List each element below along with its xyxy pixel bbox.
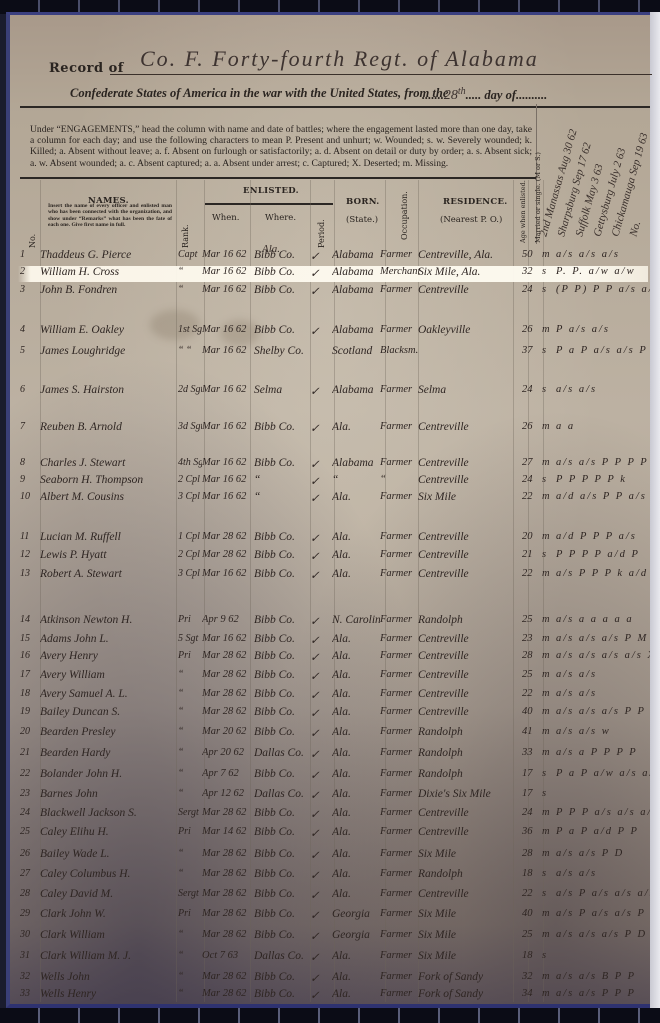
born-state: Georgia [332, 908, 380, 920]
rank: “ [178, 284, 202, 295]
enlisted-when: Mar 28 62 [202, 549, 254, 560]
table-row[interactable]: 28Caley David M.SergtMar 28 62Bibb Co.✓A… [18, 888, 648, 904]
enlisted-period: ✓ [310, 633, 324, 647]
age: 33 [522, 747, 544, 758]
born-state: Ala. [332, 807, 380, 819]
table-row[interactable]: 23Barnes John“Apr 12 62Dallas Co.✓Ala.Fa… [18, 788, 648, 804]
engagement-marks: a/s P a/s a/s a/s a/s [556, 888, 650, 899]
rank: “ [178, 929, 202, 940]
rank: 1st Sgt [178, 324, 202, 335]
enlisted-where: Bibb Co. [254, 826, 310, 838]
residence: Dixie's Six Mile [418, 788, 522, 800]
engagement-marks: a/s a/s P P P P [556, 457, 650, 468]
row-number: 21 [20, 747, 38, 758]
enlisted-period: ✓ [310, 384, 324, 398]
rank: Sergt [178, 888, 202, 899]
residence: Randolph [418, 726, 522, 738]
soldier-name: Caley Columbus H. [40, 868, 190, 880]
row-number: 25 [20, 826, 38, 837]
occupation: Farmer [380, 807, 420, 818]
table-row[interactable]: 19Bailey Duncan S.“Mar 28 62Bibb Co.✓Ala… [18, 706, 648, 722]
rank: “ “ [178, 345, 202, 356]
soldier-name: Atkinson Newton H. [40, 614, 190, 626]
occupation: Farmer [380, 971, 420, 982]
enlisted-when: Mar 16 62 [202, 568, 254, 579]
day-of-label: day of [484, 88, 516, 102]
born-state: Ala. [332, 788, 380, 800]
marital-status: m [542, 324, 556, 335]
engagement-marks: a/s a/s a/s P P P [556, 706, 650, 717]
engagement-marks: a/s a a a a a [556, 614, 650, 625]
enlisted-when: Mar 28 62 [202, 848, 254, 859]
enlisted-where: Bibb Co. [254, 908, 310, 920]
residence: Oakleyville [418, 324, 522, 336]
enlisted-where: “ [254, 474, 310, 486]
engagement-marks: a/s a/s a/s P M [556, 633, 650, 644]
occupation: Farmer [380, 788, 420, 799]
enlisted-when: Mar 16 62 [202, 249, 254, 260]
table-row[interactable]: 7Reuben B. Arnold3d SgtMar 16 62Bibb Co.… [18, 421, 648, 437]
enlisted-when: Mar 16 62 [202, 421, 254, 432]
from-day: 28 [444, 88, 458, 103]
row-number: 29 [20, 908, 38, 919]
engagement-marks: a/d a/s P P a/s a/d [556, 491, 650, 502]
enlisted-period: ✓ [310, 249, 324, 263]
enlisted-period: ✓ [310, 929, 324, 943]
from-day-suffix: th [458, 86, 466, 97]
occupation: Farmer [380, 888, 420, 899]
born-state: Ala. [332, 706, 380, 718]
enlisted-when: Mar 16 62 [202, 491, 254, 502]
rank: “ [178, 688, 202, 699]
age: 17 [522, 788, 544, 799]
rank: “ [178, 266, 202, 277]
table-row[interactable]: 21Bearden Hardy“Apr 20 62Dallas Co.✓Ala.… [18, 747, 648, 763]
table-row[interactable]: 33Wells Henry“Mar 28 62Bibb Co.✓Ala.Farm… [18, 988, 648, 1004]
enlisted-period: ✓ [310, 971, 324, 985]
marital-status: s [542, 284, 556, 295]
enlisted-period: ✓ [310, 568, 324, 582]
col-header-married: Married or single. (M or S.) [534, 152, 542, 243]
age: 18 [522, 950, 544, 961]
engagement-marks: P a P a/s a/s P [556, 345, 650, 356]
enlisted-when: Mar 16 62 [202, 474, 254, 485]
row-number: 32 [20, 971, 38, 982]
scanner-bottom-border [0, 1008, 660, 1023]
residence: Randolph [418, 768, 522, 780]
rank: “ [178, 848, 202, 859]
engagement-marks: a/s a/s a/s a/s X [556, 650, 650, 661]
table-row[interactable]: 6James S. Hairston2d SgtMar 16 62Selma✓A… [18, 384, 648, 400]
marital-status: s [542, 474, 556, 485]
enlisted-when: Mar 20 62 [202, 726, 254, 737]
born-state: Ala. [332, 491, 380, 503]
soldier-name: James Loughridge [40, 345, 190, 357]
soldier-name: Charles J. Stewart [40, 457, 190, 469]
marital-status: m [542, 688, 556, 699]
table-row[interactable]: 13Robert A. Stewart3 CplMar 16 62Bibb Co… [18, 568, 648, 584]
enlisted-where: “ [254, 491, 310, 503]
age: 50 [522, 249, 544, 260]
enlisted-where: Bibb Co. [254, 457, 310, 469]
engagement-marks: a/s a/s a/s [556, 249, 650, 260]
rank: 1 Cpl [178, 531, 202, 542]
occupation: Farmer [380, 669, 420, 680]
soldier-name: Wells John [40, 971, 190, 983]
marital-status: m [542, 614, 556, 625]
table-row[interactable]: 20Bearden Presley“Mar 20 62Bibb Co.✓Ala.… [18, 726, 648, 742]
engagement-heading: No. [627, 220, 643, 238]
age: 22 [522, 568, 544, 579]
enlisted-period: ✓ [310, 474, 324, 488]
enlisted-when: Mar 16 62 [202, 345, 254, 356]
engagement-marks: P P P P P k [556, 474, 650, 485]
enlisted-when: Mar 16 62 [202, 324, 254, 335]
table-row[interactable]: 26Bailey Wade L.“Mar 28 62Bibb Co.✓Ala.F… [18, 848, 648, 864]
row-number: 12 [20, 549, 38, 560]
occupation: Farmer [380, 688, 420, 699]
occupation: Farmer [380, 650, 420, 661]
table-row[interactable]: 12Lewis P. Hyatt2 CplMar 28 62Bibb Co.✓A… [18, 549, 648, 565]
enlisted-period: ✓ [310, 457, 324, 471]
enlisted-where: Bibb Co. [254, 549, 310, 561]
row-number: 20 [20, 726, 38, 737]
born-state: Ala. [332, 421, 380, 433]
col-header-age: Age when enlisted. [519, 180, 527, 243]
born-state: Ala. [332, 568, 380, 580]
row-number: 3 [20, 284, 38, 295]
residence: Centreville [418, 826, 522, 838]
row-number: 4 [20, 324, 38, 335]
rank: Pri [178, 908, 202, 919]
engagement-marks: P a P a/w a/s a/w [556, 768, 650, 779]
engagement-marks: a/s a/s P D [556, 848, 650, 859]
row-number: 8 [20, 457, 38, 468]
enlisted-where: Dallas Co. [254, 747, 310, 759]
age: 32 [522, 266, 544, 277]
engagement-marks: a/s a P P P P [556, 747, 650, 758]
occupation: Farmer [380, 950, 420, 961]
table-row[interactable]: 1Thaddeus G. PierceCaptMar 16 62Bibb Co.… [18, 249, 648, 265]
table-row[interactable]: 14Atkinson Newton H.PriApr 9 62Bibb Co.✓… [18, 614, 648, 630]
engagement-marks: a a [556, 421, 650, 432]
row-number: 24 [20, 807, 38, 818]
marital-status: m [542, 826, 556, 837]
residence: Six Mile [418, 848, 522, 860]
enlisted-period: ✓ [310, 868, 324, 882]
enlisted-when: Mar 16 62 [202, 633, 254, 644]
engagement-marks: (P P) P P a/s a/s [556, 284, 650, 295]
col-header-enlisted: ENLISTED. [243, 186, 299, 196]
age: 23 [522, 633, 544, 644]
marital-status: m [542, 848, 556, 859]
table-row[interactable]: 8Charles J. Stewart4th SgtMar 16 62Bibb … [18, 457, 648, 473]
soldier-name: Bearden Presley [40, 726, 190, 738]
col-header-where: Where. [265, 213, 296, 223]
row-number: 1 [20, 249, 38, 260]
residence: Centreville [418, 474, 522, 486]
engagement-marks: a/s P P P k a/d [556, 568, 650, 579]
col-header-period: Period. [317, 219, 326, 248]
age: 40 [522, 908, 544, 919]
marital-status: m [542, 908, 556, 919]
marital-status: s [542, 868, 556, 879]
engagement-marks: a/s a/s [556, 868, 650, 879]
row-number: 15 [20, 633, 38, 644]
row-number: 31 [20, 950, 38, 961]
marital-status: m [542, 807, 556, 818]
born-state: Alabama [332, 266, 380, 278]
table-row[interactable]: 5James Loughridge“ “Mar 16 62Shelby Co.S… [18, 345, 648, 361]
scanner-right-edge [650, 12, 660, 1010]
age: 27 [522, 457, 544, 468]
enlisted-period: ✓ [310, 284, 324, 298]
enlisted-period: ✓ [310, 688, 324, 702]
table-row[interactable]: 18Avery Samuel A. L.“Mar 28 62Bibb Co.✓A… [18, 688, 648, 704]
enlisted-period: ✓ [310, 669, 324, 683]
age: 17 [522, 768, 544, 779]
soldier-name: Clark John W. [40, 908, 190, 920]
engagement-marks: P a P a/d P P [556, 826, 650, 837]
table-row[interactable]: 27Caley Columbus H.“Mar 28 62Bibb Co.✓Al… [18, 868, 648, 884]
soldier-name: Reuben B. Arnold [40, 421, 190, 433]
engagements-column-header: 2nd Manassas Aug 30 62 Sharpsburg Sep 17… [536, 104, 651, 244]
enlisted-where: Bibb Co. [254, 868, 310, 880]
enlisted-period: ✓ [310, 650, 324, 664]
age: 36 [522, 826, 544, 837]
rank: 3 Cpl [178, 568, 202, 579]
table-row[interactable]: 31Clark William M. J.“Oct 7 63Dallas Co.… [18, 950, 648, 966]
enlisted-when: Apr 7 62 [202, 768, 254, 779]
enlisted-when: Mar 28 62 [202, 908, 254, 919]
enlisted-where: Bibb Co. [254, 706, 310, 718]
rank: 2 Cpl [178, 474, 202, 485]
engagement-marks: a/s a/s [556, 669, 650, 680]
soldier-name: Avery William [40, 669, 190, 681]
col-header-no: No. [28, 234, 37, 248]
names-instruction-note: Insert the name of every officer and enl… [48, 203, 172, 229]
engagement-marks: P. P. a/w a/w [556, 266, 650, 277]
born-state: Alabama [332, 324, 380, 336]
born-state: Georgia [332, 929, 380, 941]
born-state: N. Carolina [332, 614, 380, 626]
enlisted-when: Mar 28 62 [202, 888, 254, 899]
engagement-marks: a/s P a/s a/s P P [556, 908, 650, 919]
occupation: Merchant [380, 266, 420, 277]
age: 37 [522, 345, 544, 356]
occupation: Farmer [380, 929, 420, 940]
soldier-name: Bailey Duncan S. [40, 706, 190, 718]
engagement-marks: a/s a/s [556, 688, 650, 699]
occupation: Farmer [380, 324, 420, 335]
enlisted-where: Bibb Co. [254, 531, 310, 543]
rank: 2d Sgt [178, 384, 202, 395]
age: 22 [522, 888, 544, 899]
table-row[interactable]: 3John B. Fondren“Mar 16 62Bibb Co.✓Alaba… [18, 284, 648, 300]
enlisted-when: Mar 16 62 [202, 384, 254, 395]
enlisted-where: Bibb Co. [254, 726, 310, 738]
marital-status: m [542, 531, 556, 542]
table-row[interactable]: 24Blackwell Jackson S.SergtMar 28 62Bibb… [18, 807, 648, 823]
enlisted-period: ✓ [310, 706, 324, 720]
engagement-marks: P P P P a/d P [556, 549, 650, 560]
col-header-born-sub: (State.) [346, 215, 378, 225]
enlisted-where: Bibb Co. [254, 929, 310, 941]
soldier-name: Robert A. Stewart [40, 568, 190, 580]
born-state: Ala. [332, 633, 380, 645]
born-state: Ala. [332, 848, 380, 860]
rank: “ [178, 726, 202, 737]
soldier-name: Lewis P. Hyatt [40, 549, 190, 561]
table-row[interactable]: 22Bolander John H.“Apr 7 62Bibb Co.✓Ala.… [18, 768, 648, 784]
table-row[interactable]: 25Caley Elihu H.PriMar 14 62Bibb Co.✓Ala… [18, 826, 648, 842]
table-row[interactable]: 11Lucian M. Ruffell1 CplMar 28 62Bibb Co… [18, 531, 648, 547]
occupation: Farmer [380, 768, 420, 779]
age: 40 [522, 706, 544, 717]
col-header-residence: RESIDENCE. [443, 197, 507, 207]
table-top-rule [20, 177, 536, 179]
marital-status: s [542, 888, 556, 899]
soldier-name: Bailey Wade L. [40, 848, 190, 860]
soldier-name: Barnes John [40, 788, 190, 800]
soldier-name: James S. Hairston [40, 384, 190, 396]
enlisted-where: Bibb Co. [254, 284, 310, 296]
born-state: Ala. [332, 988, 380, 1000]
age: 34 [522, 988, 544, 999]
born-state: Ala. [332, 868, 380, 880]
enlisted-where: Selma [254, 384, 310, 396]
born-state: Alabama [332, 284, 380, 296]
enlisted-where: Bibb Co. [254, 669, 310, 681]
marital-status: s [542, 788, 556, 799]
residence: Six Mile [418, 908, 522, 920]
col-header-when: When. [212, 213, 239, 223]
soldier-name: Clark William M. J. [40, 950, 190, 962]
residence: Centreville [418, 284, 522, 296]
born-state: Ala. [332, 888, 380, 900]
age: 32 [522, 971, 544, 982]
enlisted-period: ✓ [310, 549, 324, 563]
table-row[interactable]: 30Clark William“Mar 28 62Bibb Co.✓Georgi… [18, 929, 648, 945]
enlisted-when: Apr 12 62 [202, 788, 254, 799]
row-number: 27 [20, 868, 38, 879]
soldier-name: Adams John L. [40, 633, 190, 645]
residence: Centreville [418, 688, 522, 700]
occupation: Farmer [380, 568, 420, 579]
subtitle: Confederate States of America in the war… [70, 86, 448, 101]
engagement-marks: a/s a/s a/s P D [556, 929, 650, 940]
enlisted-where: Bibb Co. [254, 888, 310, 900]
col-header-rank: Rank. [181, 224, 190, 248]
engagement-marks: a/d P P P a/s [556, 531, 650, 542]
enlisted-period: ✓ [310, 491, 324, 505]
age: 26 [522, 421, 544, 432]
table-row[interactable]: 10Albert M. Cousins3 CplMar 16 62“✓Ala.F… [18, 491, 648, 507]
table-row[interactable]: 9Seaborn H. Thompson2 CplMar 16 62“✓““Ce… [18, 474, 648, 490]
rank: 4th Sgt [178, 457, 202, 468]
table-row[interactable]: 15Adams John L.5 SgtMar 16 62Bibb Co.✓Al… [18, 633, 648, 649]
engagement-marks: a/s a/s w [556, 726, 650, 737]
enlisted-where: Bibb Co. [254, 807, 310, 819]
rank: “ [178, 747, 202, 758]
enlisted-period: ✓ [310, 848, 324, 862]
enlisted-when: Mar 28 62 [202, 807, 254, 818]
marital-status: m [542, 457, 556, 468]
enlisted-where: Bibb Co. [254, 650, 310, 662]
rank: “ [178, 950, 202, 961]
residence: Fork of Sandy [418, 971, 522, 983]
table-row[interactable]: 32Wells John“Mar 28 62Bibb Co.✓Ala.Farme… [18, 971, 648, 987]
row-number: 7 [20, 421, 38, 432]
row-number: 10 [20, 491, 38, 502]
row-number: 19 [20, 706, 38, 717]
residence: Randolph [418, 747, 522, 759]
occupation: Farmer [380, 908, 420, 919]
occupation: Farmer [380, 868, 420, 879]
enlisted-where: Bibb Co. [254, 688, 310, 700]
marital-status: m [542, 650, 556, 661]
residence: Centreville [418, 650, 522, 662]
enlisted-when: Mar 28 62 [202, 531, 254, 542]
table-row-selected[interactable]: 2William H. Cross“Mar 16 62Bibb Co.✓Alab… [18, 266, 648, 282]
marital-status: s [542, 345, 556, 356]
rank: 2 Cpl [178, 549, 202, 560]
row-number: 23 [20, 788, 38, 799]
row-number: 22 [20, 768, 38, 779]
occupation: Farmer [380, 249, 420, 260]
enlisted-where: Bibb Co. [254, 988, 310, 1000]
born-state: “ [332, 474, 380, 486]
marital-status: s [542, 266, 556, 277]
age: 25 [522, 929, 544, 940]
marital-status: m [542, 421, 556, 432]
residence: Centreville [418, 549, 522, 561]
residence: Randolph [418, 868, 522, 880]
row-number: 6 [20, 384, 38, 395]
occupation: Farmer [380, 421, 420, 432]
enlisted-underline [205, 203, 333, 205]
born-state: Ala. [332, 549, 380, 561]
residence: Centreville [418, 457, 522, 469]
soldier-name: Albert M. Cousins [40, 491, 190, 503]
table-row[interactable]: 4William E. Oakley1st SgtMar 16 62Bibb C… [18, 324, 648, 340]
row-number: 30 [20, 929, 38, 940]
born-state: Ala. [332, 747, 380, 759]
table-row[interactable]: 29Clark John W.PriMar 28 62Bibb Co.✓Geor… [18, 908, 648, 924]
occupation: Farmer [380, 457, 420, 468]
age: 28 [522, 650, 544, 661]
marital-status: s [542, 950, 556, 961]
age: 21 [522, 549, 544, 560]
age: 26 [522, 324, 544, 335]
unit-name-handwritten: Co. F. Forty-fourth Regt. of Alabama [140, 46, 539, 72]
marital-status: s [542, 549, 556, 560]
born-state: Scotland [332, 345, 380, 357]
enlisted-where: Dallas Co. [254, 950, 310, 962]
row-number: 17 [20, 669, 38, 680]
rank: “ [178, 669, 202, 680]
enlisted-period: ✓ [310, 826, 324, 840]
table-row[interactable]: 17Avery William“Mar 28 62Bibb Co.✓Ala.Fa… [18, 669, 648, 685]
enlisted-where: Bibb Co. [254, 421, 310, 433]
born-state: Ala. [332, 726, 380, 738]
enlisted-where: Bibb Co. [254, 266, 310, 278]
marital-status: m [542, 971, 556, 982]
age: 22 [522, 491, 544, 502]
enlisted-when: Mar 28 62 [202, 929, 254, 940]
age: 24 [522, 807, 544, 818]
table-row[interactable]: 16Avery HenryPriMar 28 62Bibb Co.✓Ala.Fa… [18, 650, 648, 666]
